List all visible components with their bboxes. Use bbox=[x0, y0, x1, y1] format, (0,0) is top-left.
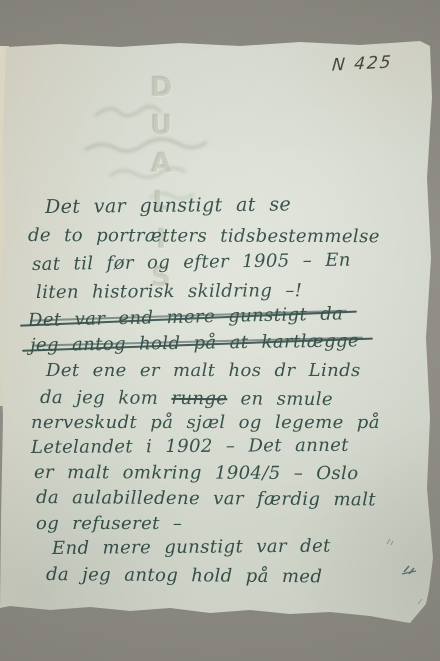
handwritten-line: nerveskudt på sjæl og legeme på bbox=[31, 412, 380, 433]
handwritten-line: Letelandet i 1902 – Det annet bbox=[31, 435, 349, 458]
manuscript-page: DUALIS N 425 Det var gunstigt at se de t… bbox=[0, 38, 440, 638]
handwritten-line: da aulabilledene var færdig malt bbox=[36, 487, 376, 510]
handwritten-line: da jeg antog hold på med bbox=[46, 564, 323, 587]
handwritten-line: Det var gunstigt at se bbox=[45, 193, 291, 218]
handwritten-line-struck: jeg antog hold på at kartlægge bbox=[30, 330, 359, 356]
handwritten-line: da jeg kom runge en smule bbox=[40, 387, 333, 410]
scan-background: DUALIS N 425 Det var gunstigt at se de t… bbox=[0, 0, 440, 661]
handwritten-line: sat til før og efter 1905 – En bbox=[32, 250, 351, 275]
struck-word: runge bbox=[171, 388, 227, 409]
line-text: en smule bbox=[227, 388, 333, 410]
handwritten-line-struck: Det var end mere gunstigt da bbox=[28, 303, 344, 331]
handwritten-line: de to portrætters tidsbestemmelse bbox=[28, 225, 380, 247]
handwritten-line: End mere gunstigt var det bbox=[52, 536, 331, 559]
catalog-number: N 425 bbox=[331, 52, 393, 75]
line-text: da jeg kom bbox=[40, 387, 172, 409]
handwritten-line: liten historisk skildring –! bbox=[36, 280, 303, 303]
handwritten-line: og refuseret – bbox=[36, 513, 182, 534]
handwritten-line: Det ene er malt hos dr Linds bbox=[46, 360, 361, 381]
handwritten-line: er malt omkring 1904/5 – Oslo bbox=[34, 462, 359, 484]
